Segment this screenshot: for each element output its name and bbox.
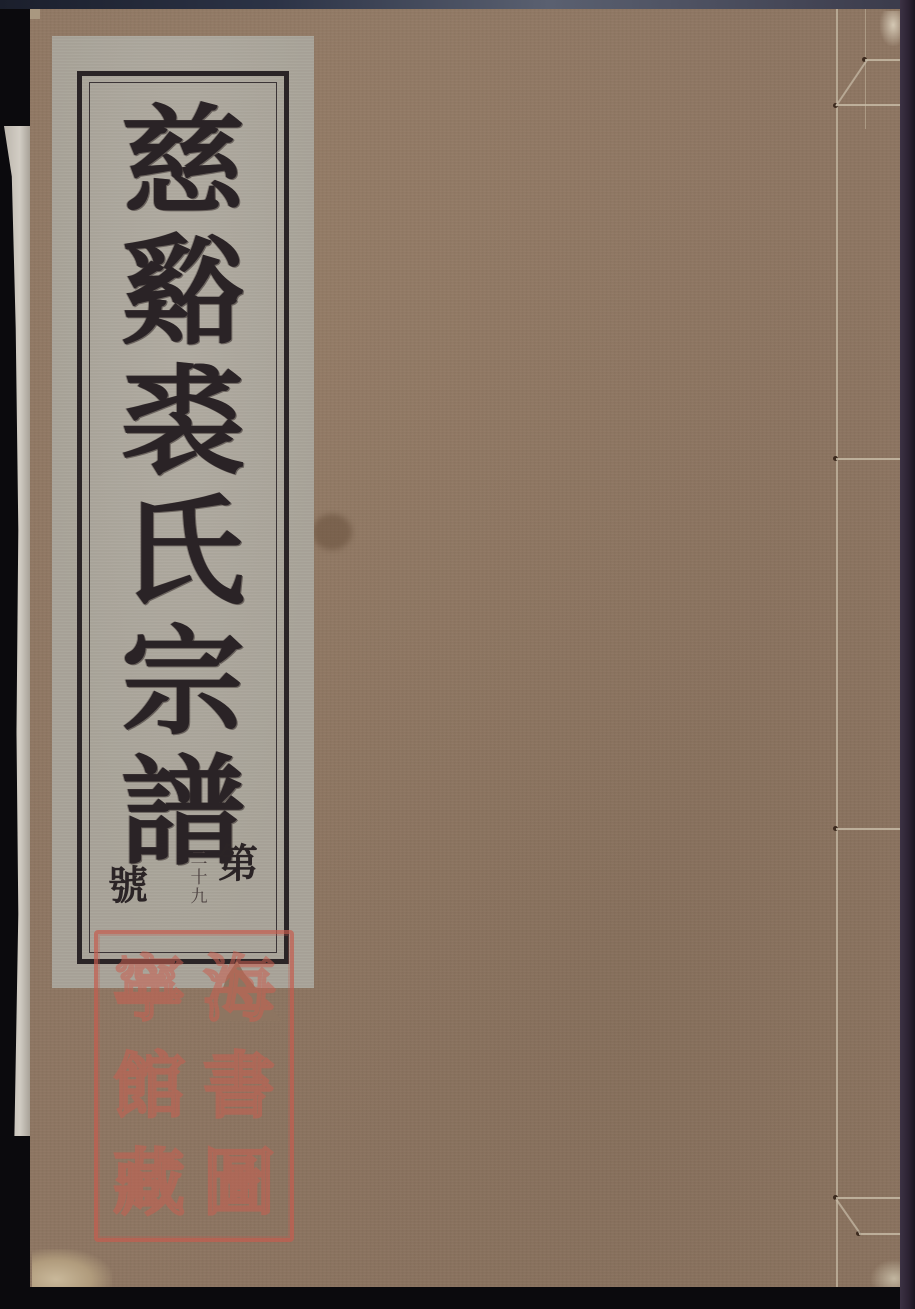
binding-thread-diagonal [835, 1198, 861, 1234]
binding-thread [836, 104, 900, 106]
seal-char: 書 [194, 1037, 284, 1134]
title-char: 谿 [121, 227, 245, 357]
title-char: 氏 [121, 487, 245, 617]
seal-char: 海 [194, 940, 284, 1037]
binding-thread-vertical [836, 9, 838, 1287]
binding-thread [865, 59, 900, 61]
corner-wear-bottom-left [32, 1249, 112, 1287]
left-flyleaf-edge [4, 126, 30, 1136]
scan-top-edge [0, 0, 915, 9]
title-label-slip: 慈 谿 裘 氏 宗 譜 第 二 十 九 號 [52, 36, 314, 988]
volume-prefix: 第 [218, 842, 258, 886]
binding-thread-corner [865, 9, 866, 129]
scan-right-edge [900, 0, 915, 1309]
binding-thread [836, 1197, 900, 1199]
binding-thread [836, 458, 900, 460]
volume-number: 二 十 九 [186, 850, 212, 907]
title-frame-outer: 慈 谿 裘 氏 宗 譜 第 二 十 九 號 [77, 71, 289, 964]
volume-suffix: 號 [108, 864, 148, 908]
title-char: 慈 [121, 97, 245, 227]
binding-thread [836, 828, 900, 830]
library-seal-stamp: 寧 海 館 書 藏 圖 [94, 930, 294, 1242]
volume-digit: 九 [191, 888, 208, 907]
seal-char: 藏 [104, 1135, 194, 1232]
seal-char: 館 [104, 1037, 194, 1134]
seal-char: 寧 [104, 940, 194, 1037]
volume-digit: 二 [191, 850, 208, 869]
binding-thread [859, 1233, 900, 1235]
stain-mark [312, 514, 352, 550]
binding-thread-diagonal [835, 59, 868, 107]
volume-digit: 十 [191, 869, 208, 888]
seal-char: 圖 [194, 1135, 284, 1232]
corner-wear-top-left [30, 9, 40, 19]
book-title: 慈 谿 裘 氏 宗 譜 [90, 97, 276, 877]
title-char: 裘 [121, 357, 245, 487]
title-char: 宗 [121, 617, 245, 747]
volume-number-label: 第 二 十 九 號 [90, 842, 276, 932]
corner-wear-top-right [880, 11, 902, 46]
seal-characters: 寧 海 館 書 藏 圖 [104, 940, 284, 1232]
title-frame-inner: 慈 谿 裘 氏 宗 譜 第 二 十 九 號 [89, 82, 277, 953]
